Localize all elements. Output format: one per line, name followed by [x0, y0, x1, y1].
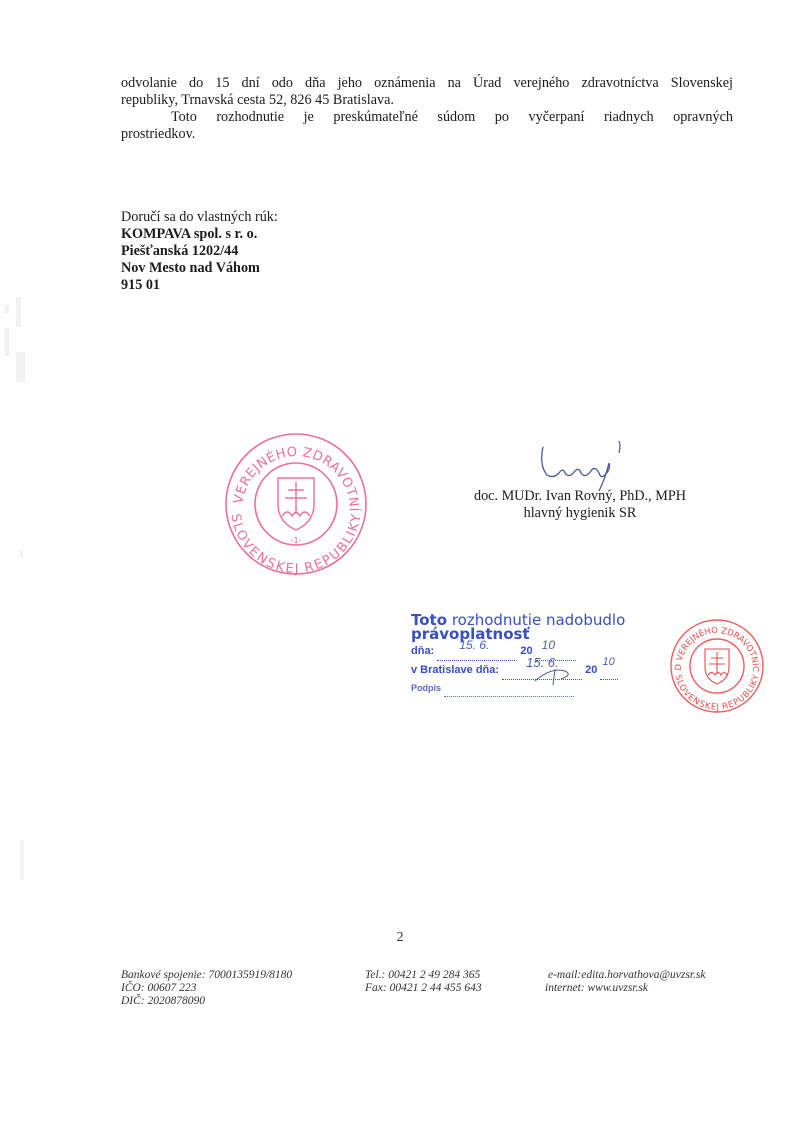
footer-email[interactable]: e-mail:edita.horvathova@uvzsr.sk: [548, 969, 706, 982]
stamp-number: -1-: [291, 536, 302, 545]
footer-bank: Bankové spojenie: 7000135919/8180: [121, 969, 292, 982]
stamp-top-text: ÚRAD VEREJNÉHO ZDRAVOTNÍCTVA: [222, 430, 362, 512]
body-line-1: odvolanie do 15 dní odo dňa jeho oznámen…: [121, 75, 733, 92]
coat-of-arms-icon: [278, 478, 314, 530]
validity-place-year-prefix: 20: [585, 664, 597, 676]
validity-place-year-value: 10: [602, 653, 614, 671]
scan-artifact: [16, 352, 25, 382]
validity-signature-scribble: [531, 663, 581, 687]
delivery-city: Nov Mesto nad Váhom: [121, 260, 260, 277]
document-page: odvolanie do 15 dní odo dňa jeho oznámen…: [0, 0, 800, 1135]
scan-artifact: [20, 550, 23, 558]
body-line-3: Toto rozhodnutie je preskúmateľné súdom …: [171, 109, 733, 126]
scan-artifact: [5, 305, 9, 313]
body-line-2: republiky, Trnavská cesta 52, 826 45 Bra…: [121, 92, 733, 109]
delivery-zip: 915 01: [121, 277, 160, 294]
signatory-name: doc. MUDr. Ivan Rovný, PhD., MPH: [440, 488, 720, 505]
footer-dic: DIČ: 2020878090: [121, 995, 205, 1008]
svg-text:ÚRAD VEREJNÉHO ZDRAVOTNÍCTVA: ÚRAD VEREJNÉHO ZDRAVOTNÍCTVA: [222, 430, 362, 512]
validity-year-value: 10: [542, 636, 555, 654]
footer-ico: IČO: 00607 223: [121, 982, 196, 995]
handwritten-signature: [535, 435, 635, 495]
small-coat-of-arms-icon: [705, 649, 729, 684]
delivery-company: KOMPAVA spol. s r. o.: [121, 226, 257, 243]
body-line-4: prostriedkov.: [121, 126, 733, 143]
validity-day-value: 15. 6.: [459, 636, 489, 654]
delivery-street: Piešťanská 1202/44: [121, 243, 238, 260]
validity-signature-label: Podpis: [411, 683, 441, 693]
small-round-stamp: ÚRAD VEREJNÉHO ZDRAVOTNÍCTVA SLOVENSKEJ …: [668, 617, 766, 715]
footer-tel: Tel.: 00421 2 49 284 365: [365, 969, 480, 982]
validity-place-label: v Bratislave dňa:: [411, 664, 499, 676]
scan-artifact: [5, 328, 9, 356]
validity-stamp: Toto rozhodnutie nadobudlo právoplatnosť…: [411, 613, 671, 697]
footer-fax: Fax: 00421 2 44 455 643: [365, 982, 482, 995]
scan-artifact: [20, 840, 24, 880]
page-number: 2: [380, 930, 420, 946]
scan-artifact: [16, 297, 21, 327]
validity-day-label: dňa:: [411, 645, 434, 657]
footer-internet[interactable]: internet: www.uvzsr.sk: [545, 982, 648, 995]
official-round-stamp: ÚRAD VEREJNÉHO ZDRAVOTNÍCTVA SLOVENSKEJ …: [222, 430, 370, 578]
signatory-title: hlavný hygienik SR: [440, 505, 720, 522]
delivery-label: Doručí sa do vlastných rúk:: [121, 209, 278, 226]
